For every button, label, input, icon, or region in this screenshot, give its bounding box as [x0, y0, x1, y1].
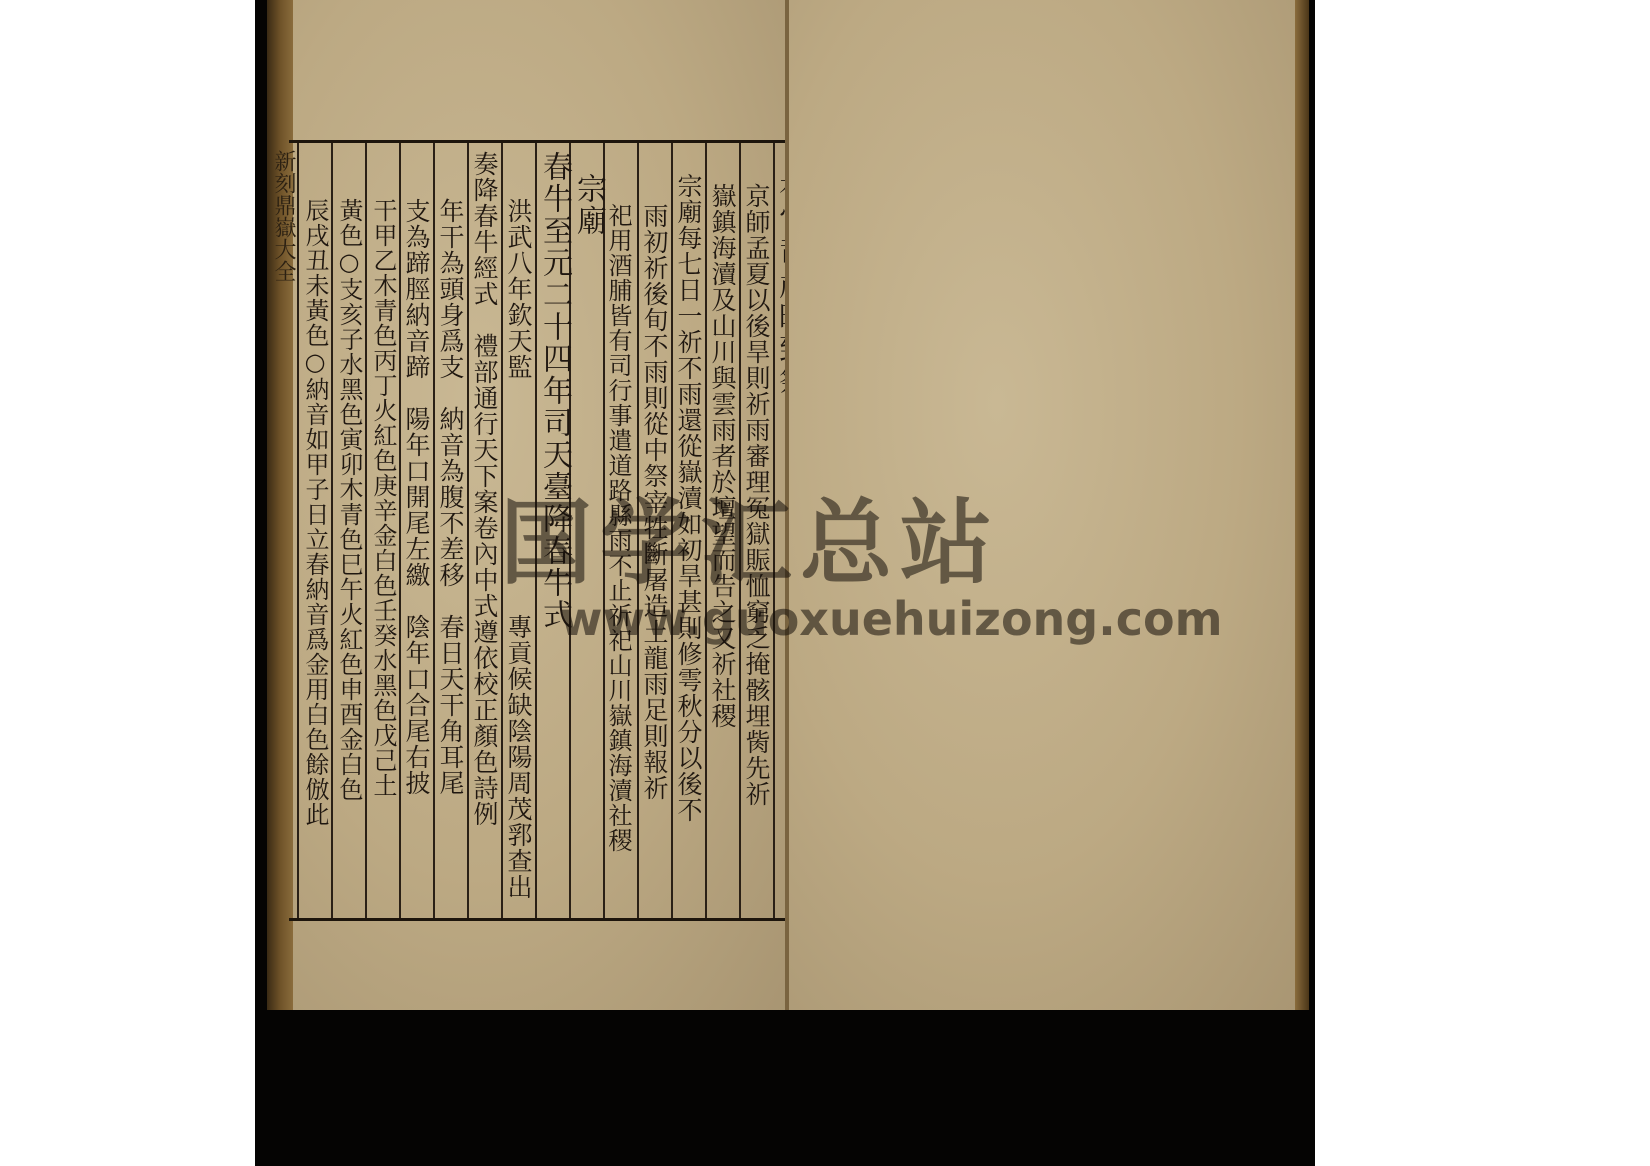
page-edge [1295, 0, 1309, 1010]
text-column: 黃色○支亥子水黑色寅卯木青色巳午火紅色申酉金白色 [335, 198, 363, 802]
text-column: 年干為頭身爲支 納音為腹不差移 春日天干角耳尾 [435, 198, 465, 796]
watermark-logo: 国学汇总站 [500, 470, 1000, 602]
text-column: 干甲乙木青色丙丁火紅色庚辛金白色壬癸水黑色戊己土 [369, 198, 397, 798]
section-heading: 宗廟 [571, 173, 605, 237]
text-column: 嶽鎮海瀆及山川與雲雨者於壇望而告之又祈社稷 [707, 183, 737, 729]
text-column: 辰戌丑未黃色○納音如甲子日立春納音爲金用白色餘倣此 [301, 198, 329, 827]
text-column: 支為蹄脛納音蹄 陽年口開尾左繳 陰年口合尾右披 [401, 198, 431, 796]
text-column: 奏降春牛經式 禮部通行天下案卷內中式遵依校正顏色詩例 [469, 151, 499, 827]
watermark-url: www.guoxuehuizong.com [560, 592, 1223, 646]
